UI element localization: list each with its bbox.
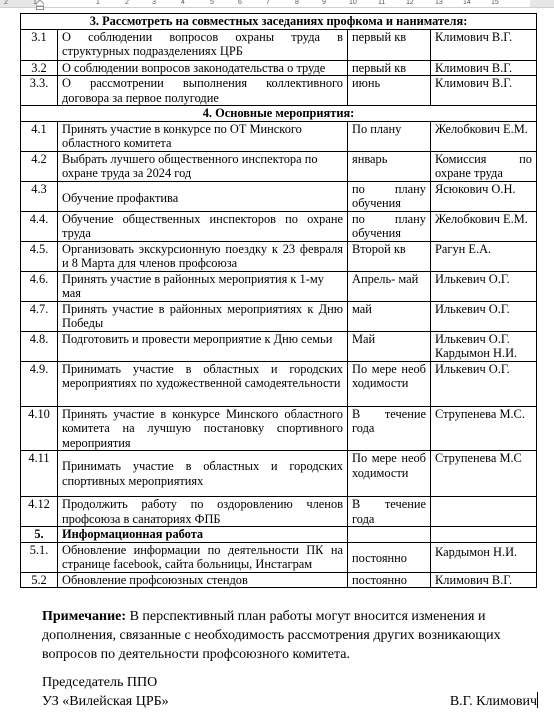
ruler-tick: 4 bbox=[181, 0, 185, 6]
row-number: 4.11 bbox=[21, 451, 58, 497]
row-deadline: Апрель- май bbox=[348, 271, 431, 301]
row-deadline: В течение года bbox=[348, 497, 431, 527]
row-activity: Обновление информации по деятельности ПК… bbox=[58, 542, 348, 572]
row-deadline: По плану bbox=[348, 121, 431, 151]
row-activity: О соблюдении вопросов охраны труда в стр… bbox=[58, 29, 348, 60]
ruler-tick: 6 bbox=[238, 0, 242, 6]
ruler-tick: 1 bbox=[96, 0, 100, 6]
table-row: 4.3 Обучение профактива по плану обучени… bbox=[21, 181, 537, 211]
ruler-tick: 13 bbox=[435, 0, 443, 6]
table-row: 4.6. Принять участие в районных мероприя… bbox=[21, 271, 537, 301]
table-row: 4.5. Организовать экскурсионную поездку … bbox=[21, 241, 537, 271]
row-activity: Принять участие в районных мероприятия к… bbox=[58, 271, 348, 301]
row-deadline: январь bbox=[348, 151, 431, 181]
row-number: 3.2 bbox=[21, 60, 58, 76]
ruler-tick: 2 bbox=[4, 0, 8, 6]
row-number: 4.3 bbox=[21, 181, 58, 211]
row-responsible: Желобкович Е.М. bbox=[431, 121, 537, 151]
row-deadline: постоянно bbox=[348, 572, 431, 588]
note-label: Примечание: bbox=[42, 609, 126, 624]
row-responsible: Ясюкович О.Н. bbox=[431, 181, 537, 211]
row-activity: Принимать участие в областных и городски… bbox=[58, 451, 348, 497]
table-row: 4.10 Принять участие в конкурсе Минского… bbox=[21, 406, 537, 451]
row-responsible bbox=[431, 497, 537, 527]
row-number: 3.3. bbox=[21, 76, 58, 106]
row-deadline: Май bbox=[348, 331, 431, 361]
row-deadline: по плану обучения bbox=[348, 181, 431, 211]
row-number: 4.9. bbox=[21, 361, 58, 406]
row-responsible: Кардымон Н.И. bbox=[431, 542, 537, 572]
row-deadline: В течение года bbox=[348, 406, 431, 451]
row-responsible: Климович В.Г. bbox=[431, 572, 537, 588]
row-activity: Принять участие в районных мероприятиях … bbox=[58, 301, 348, 331]
row-deadline: май bbox=[348, 301, 431, 331]
row-responsible: Климович В.Г. bbox=[431, 29, 537, 60]
ruler-tick: 14 bbox=[463, 0, 471, 6]
ruler-tick: 9 bbox=[322, 0, 326, 6]
row-number: 4.6. bbox=[21, 271, 58, 301]
row-activity: О рассмотрении выполнения коллективного … bbox=[58, 76, 348, 106]
row-deadline: Второй кв bbox=[348, 241, 431, 271]
table-row: 4.4. Обучение общественных инспекторов п… bbox=[21, 211, 537, 241]
row-number: 4.12 bbox=[21, 497, 58, 527]
ruler-text-area bbox=[40, 0, 530, 7]
row-activity: Обновление профсоюзных стендов bbox=[58, 572, 348, 588]
ruler-tick: 7 bbox=[266, 0, 270, 6]
empty-cell bbox=[431, 527, 537, 543]
row-activity: Обучение общественных инспекторов по охр… bbox=[58, 211, 348, 241]
row-activity: Принять участие в конкурсе по ОТ Минског… bbox=[58, 121, 348, 151]
table-row: 4.2 Выбрать лучшего общественного инспек… bbox=[21, 151, 537, 181]
row-responsible: Климович В.Г. bbox=[431, 76, 537, 106]
table-row: 4.7. Принять участие в районных мероприя… bbox=[21, 301, 537, 331]
row-activity: Организовать экскурсионную поездку к 23 … bbox=[58, 241, 348, 271]
indent-marker-icon[interactable] bbox=[36, 0, 44, 10]
row-responsible: Струпенева М.С. bbox=[431, 406, 537, 451]
row-responsible: Климович В.Г. bbox=[431, 60, 537, 76]
table-row: 5.2 Обновление профсоюзных стендов посто… bbox=[21, 572, 537, 588]
row-number: 4.1 bbox=[21, 121, 58, 151]
row-number: 4.8. bbox=[21, 331, 58, 361]
text-cursor bbox=[537, 692, 538, 708]
row-number: 5.1. bbox=[21, 542, 58, 572]
row-deadline: июнь bbox=[348, 76, 431, 106]
row-responsible: Илькевич О.Г. bbox=[431, 271, 537, 301]
section-header-5: 5. Информационная работа bbox=[21, 527, 537, 543]
row-activity: Подготовить и провести мероприятие к Дню… bbox=[58, 331, 348, 361]
section-title: Информационная работа bbox=[58, 527, 348, 543]
row-deadline: по плану обучения bbox=[348, 211, 431, 241]
table-row: 4.11 Принимать участие в областных и гор… bbox=[21, 451, 537, 497]
row-number: 4.5. bbox=[21, 241, 58, 271]
signature-name-wrap[interactable]: В.Г. Климович bbox=[450, 692, 538, 711]
row-responsible: Илькевич О.Г. bbox=[431, 301, 537, 331]
row-responsible: Желобкович Е.М. bbox=[431, 211, 537, 241]
row-deadline: первый кв bbox=[348, 60, 431, 76]
note-paragraph: Примечание: В перспективный план работы … bbox=[42, 607, 538, 664]
section-header-4: 4. Основные мероприятия: bbox=[21, 106, 537, 122]
row-number: 3.1 bbox=[21, 29, 58, 60]
section-header-3: 3. Рассмотреть на совместных заседаниях … bbox=[21, 14, 537, 30]
table-row: 3.3. О рассмотрении выполнения коллектив… bbox=[21, 76, 537, 106]
row-responsible: Илькевич О.Г. Кардымон Н.И. bbox=[431, 331, 537, 361]
row-number: 4.7. bbox=[21, 301, 58, 331]
row-activity: О соблюдении вопросов законодательства о… bbox=[58, 60, 348, 76]
row-number: 4.10 bbox=[21, 406, 58, 451]
row-activity: Продолжить работу по оздоровлению членов… bbox=[58, 497, 348, 527]
ruler-tick: 2 bbox=[125, 0, 129, 6]
work-plan-table: 3. Рассмотреть на совместных заседаниях … bbox=[20, 13, 537, 588]
section-number: 5. bbox=[21, 527, 58, 543]
row-activity: Выбрать лучшего общественного инспектора… bbox=[58, 151, 348, 181]
ruler-tick: 8 bbox=[295, 0, 299, 6]
signature-organization: УЗ «Вилейская ЦРБ» bbox=[42, 692, 169, 711]
table-row: 4.12 Продолжить работу по оздоровлению ч… bbox=[21, 497, 537, 527]
row-number: 4.4. bbox=[21, 211, 58, 241]
row-responsible: Илькевич О.Г. bbox=[431, 361, 537, 406]
ruler-tick: 15 bbox=[491, 0, 499, 6]
table-row: 4.9. Принимать участие в областных и гор… bbox=[21, 361, 537, 406]
row-deadline: первый кв bbox=[348, 29, 431, 60]
table-row: 5.1. Обновление информации по деятельнос… bbox=[21, 542, 537, 572]
ruler-tick: 10 bbox=[349, 0, 357, 6]
table-row: 4.1 Принять участие в конкурсе по ОТ Мин… bbox=[21, 121, 537, 151]
table-row: 3.2 О соблюдении вопросов законодательст… bbox=[21, 60, 537, 76]
horizontal-ruler[interactable]: 2 1 1 2 3 4 5 6 7 8 9 10 11 12 13 14 15 bbox=[0, 0, 554, 8]
row-responsible: Рагун Е.А. bbox=[431, 241, 537, 271]
row-deadline: постоянно bbox=[348, 542, 431, 572]
row-deadline: По мере необходимости bbox=[348, 451, 431, 497]
row-number: 5.2 bbox=[21, 572, 58, 588]
ruler-tick: 12 bbox=[406, 0, 414, 6]
signature-position: Председатель ППО bbox=[42, 673, 538, 692]
ruler-tick: 3 bbox=[152, 0, 156, 6]
row-activity: Обучение профактива bbox=[58, 181, 348, 211]
ruler-tick: 11 bbox=[378, 0, 385, 6]
table-row: 3.1 О соблюдении вопросов охраны труда в… bbox=[21, 29, 537, 60]
empty-cell bbox=[348, 527, 431, 543]
signature-block: Председатель ППО УЗ «Вилейская ЦРБ» В.Г.… bbox=[42, 673, 538, 711]
row-activity: Принять участие в конкурсе Минского обла… bbox=[58, 406, 348, 451]
ruler-tick: 5 bbox=[210, 0, 214, 6]
row-responsible: Комиссия по охране труда bbox=[431, 151, 537, 181]
row-activity: Принимать участие в областных и городски… bbox=[58, 361, 348, 406]
table-row: 4.8. Подготовить и провести мероприятие … bbox=[21, 331, 537, 361]
row-deadline: По мере необходимости bbox=[348, 361, 431, 406]
row-responsible: Струпенева М.С bbox=[431, 451, 537, 497]
section-title: 4. Основные мероприятия: bbox=[21, 106, 537, 122]
row-number: 4.2 bbox=[21, 151, 58, 181]
signature-name: В.Г. Климович bbox=[450, 694, 537, 709]
section-title: 3. Рассмотреть на совместных заседаниях … bbox=[21, 14, 537, 30]
